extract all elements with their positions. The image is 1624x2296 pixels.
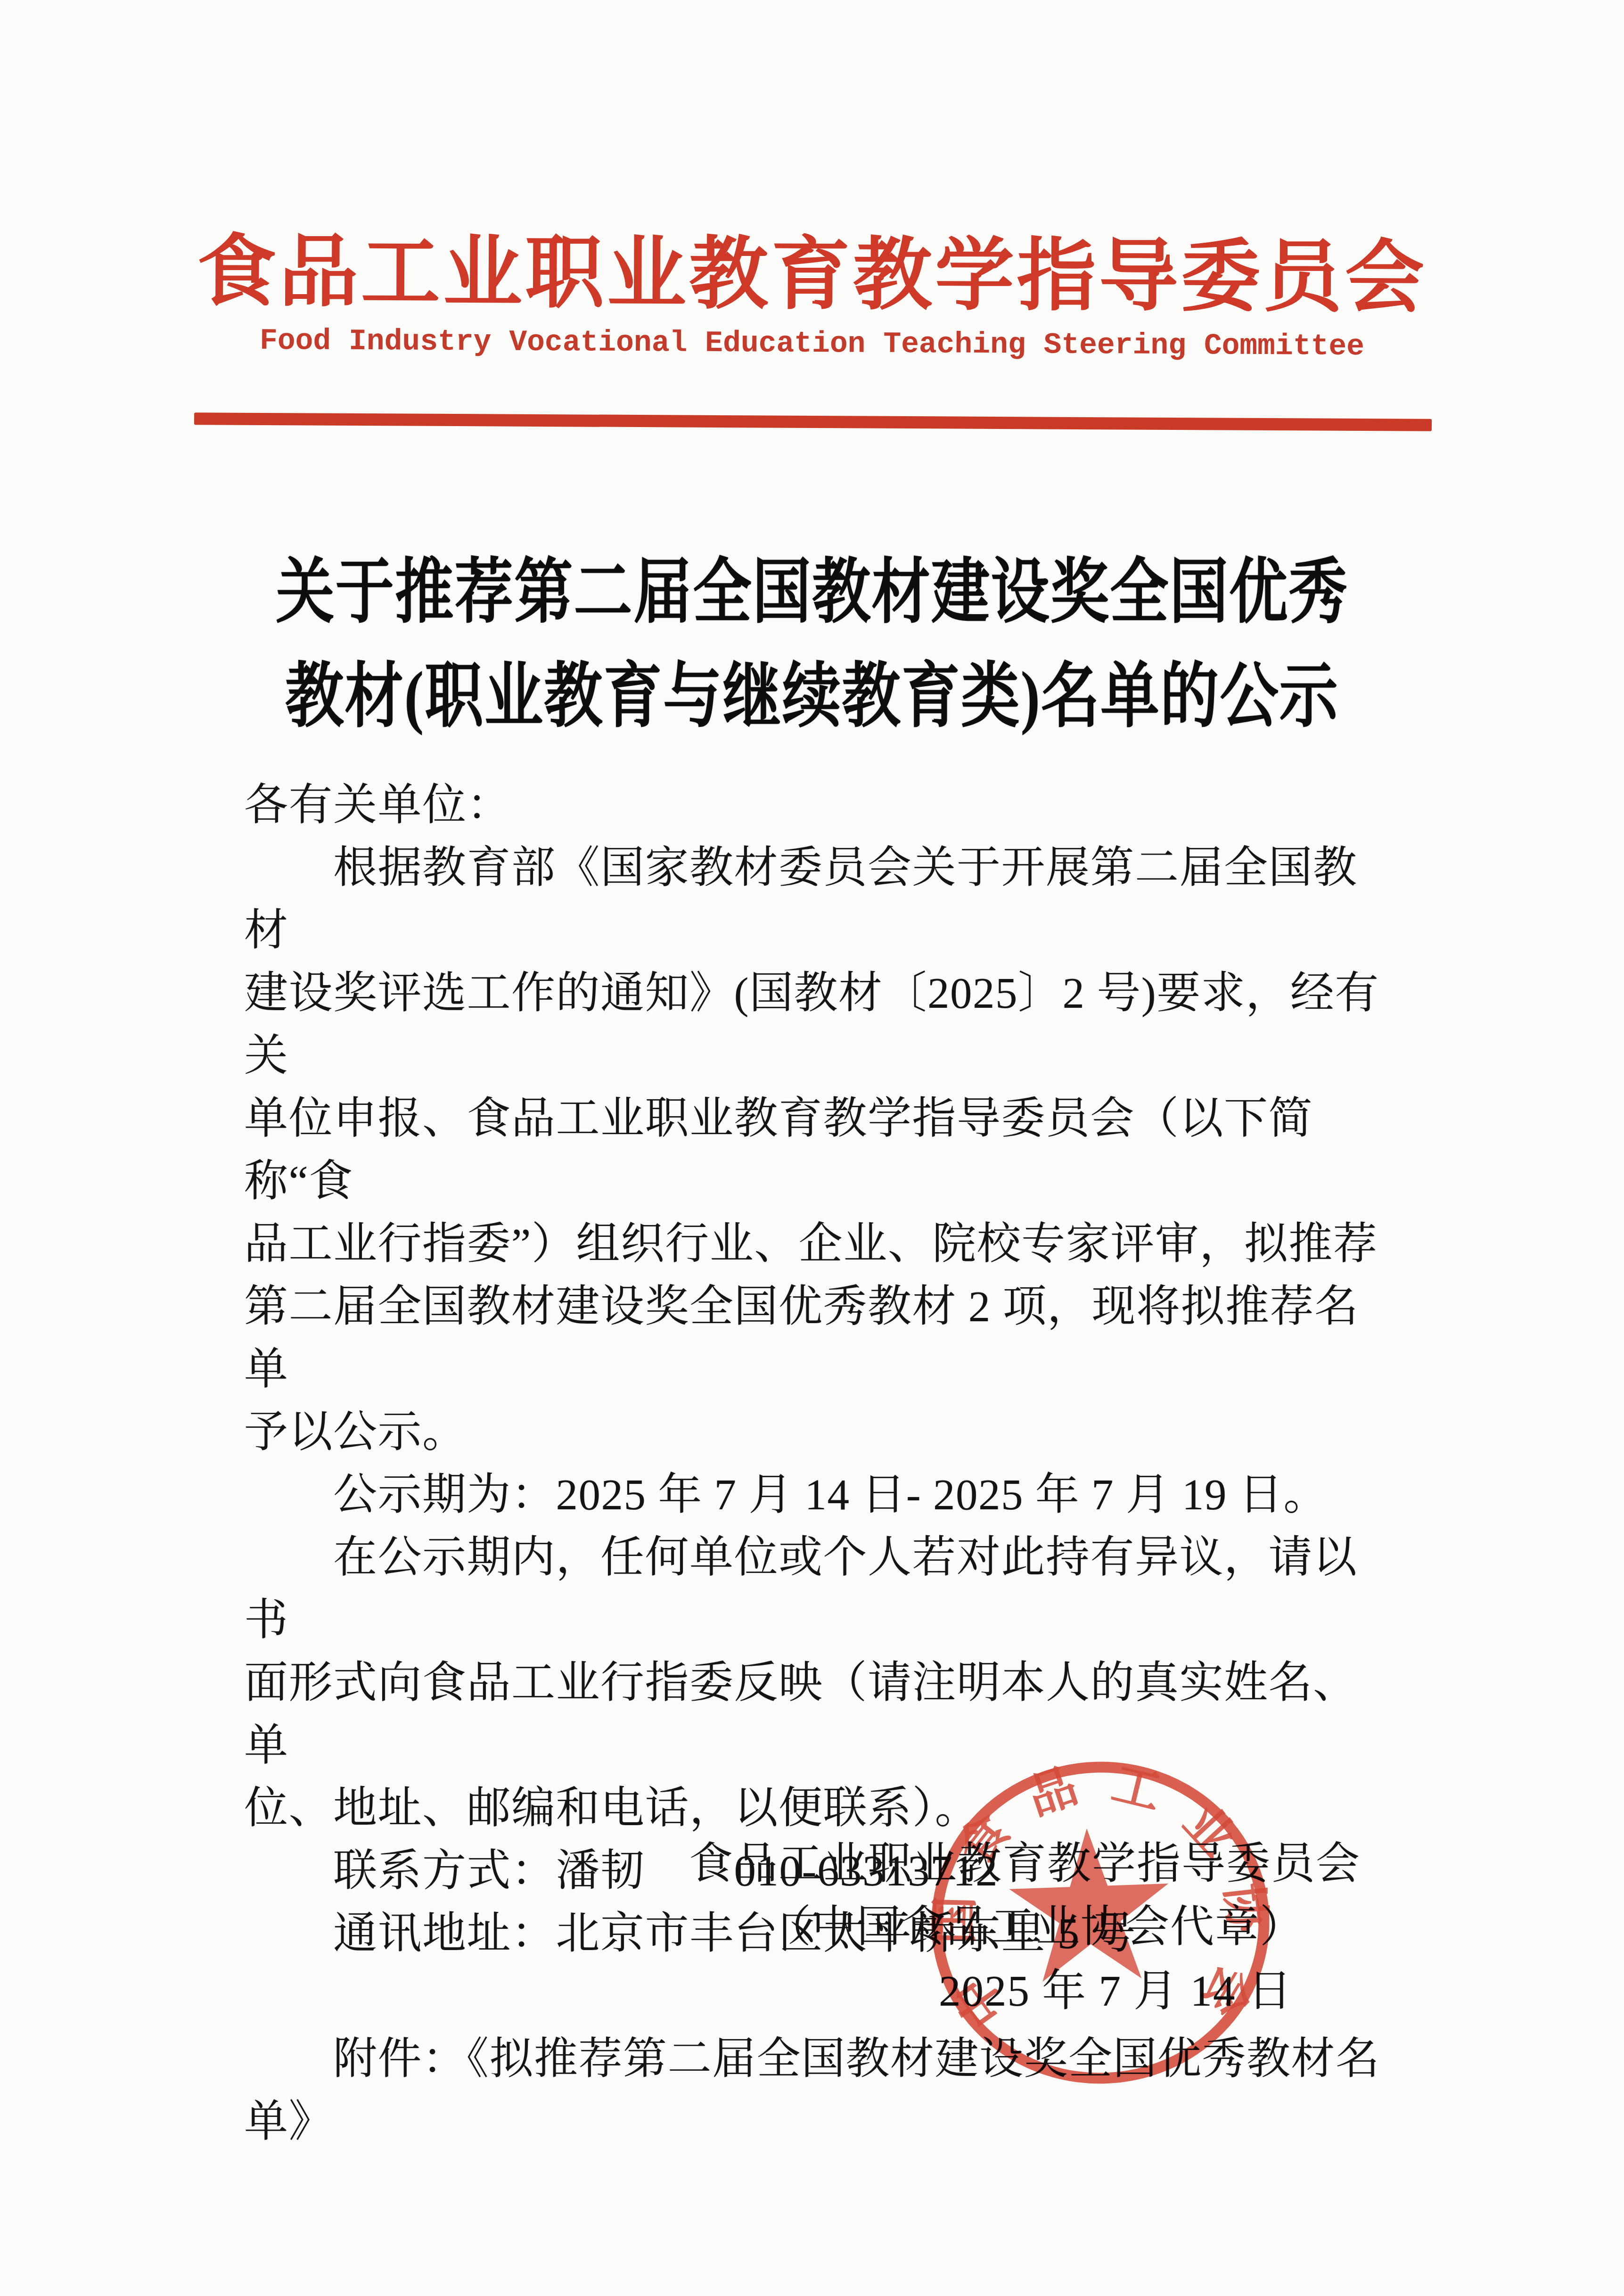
scanned-notice-page: { "colors": { "accent_red": "#cf3928", "…: [0, 0, 1624, 2296]
body-line: 在公示期内，任何单位或个人若对此持有异议，请以书: [244, 1526, 1389, 1652]
body-line: 建设奖评选工作的通知》(国教材〔2025〕2 号)要求，经有关: [244, 962, 1389, 1087]
publicity-period-line: 公示期为：2025 年 7 月 14 日- 2025 年 7 月 19 日。: [244, 1464, 1389, 1526]
body-line: 根据教育部《国家教材委员会关于开展第二届全国教材: [244, 837, 1389, 962]
body-line: 第二届全国教材建设奖全国优秀教材 2 项，现将拟推荐名单: [244, 1276, 1389, 1401]
document-title-line2: 教材(职业教育与继续教育类)名单的公示: [16, 645, 1608, 749]
letterhead-org-name-en: Food Industry Vocational Education Teach…: [0, 323, 1624, 365]
letterhead-org-name-cn: 食品工业职业教育教学指导委员会: [0, 207, 1624, 329]
salutation-line: 各有关单位：: [244, 774, 1389, 837]
official-seal: 中国食品工业协会: [916, 1747, 1285, 2100]
star-icon: [1007, 1826, 1172, 1983]
body-line: 品工业行指委”）组织行业、企业、院校专家评审，拟推荐: [244, 1213, 1389, 1276]
attachment-line-continued: 单》: [244, 2090, 1389, 2153]
document-title-line1: 关于推荐第二届全国教材建设奖全国优秀: [16, 541, 1608, 645]
body-line: 予以公示。: [244, 1401, 1389, 1464]
letterhead-divider-rule: [194, 412, 1432, 431]
document-title: 关于推荐第二届全国教材建设奖全国优秀 教材(职业教育与继续教育类)名单的公示: [16, 541, 1608, 749]
body-line: 单位申报、食品工业职业教育教学指导委员会（以下简称“食: [244, 1087, 1389, 1213]
